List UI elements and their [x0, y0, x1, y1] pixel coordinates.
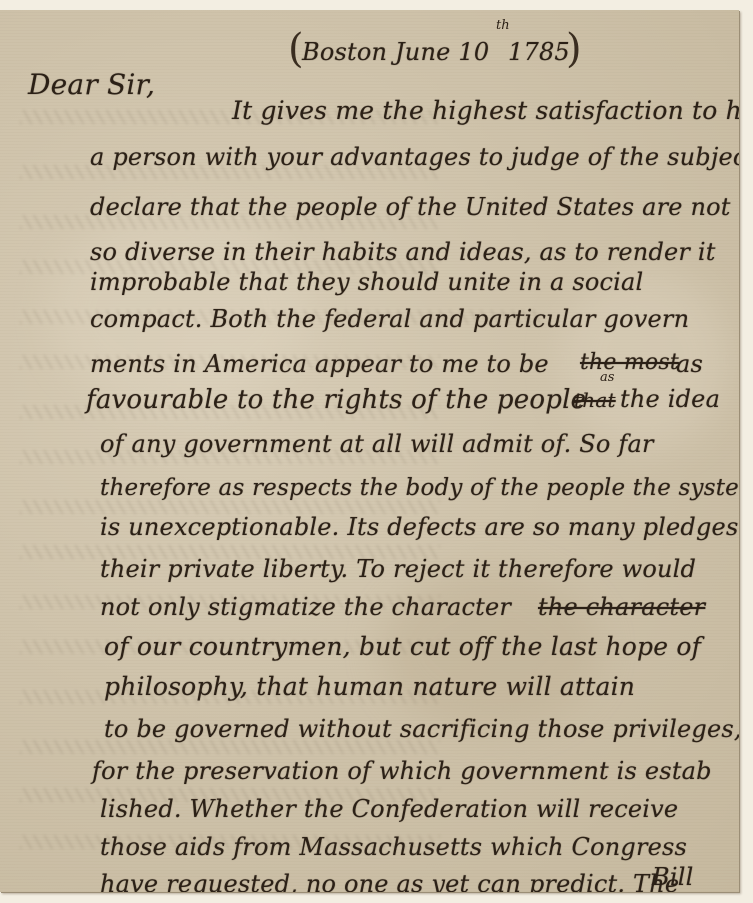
bleed-through-line — [20, 500, 440, 514]
letter-line-12: their private liberty. To reject it ther… — [100, 555, 696, 583]
struck-text: the character — [538, 593, 705, 621]
letter-line-13: not only stigmatize the character — [100, 593, 511, 621]
dateline: Boston June 10 — [302, 38, 489, 66]
salutation: Dear Sir, — [28, 68, 155, 101]
letter-line-8: favourable to the rights of the people — [86, 385, 586, 415]
letter-line-2: a person with your advantages to judge o… — [90, 143, 739, 171]
letter-paper: ( Boston June 10 th 1785 ) Dear Sir, It … — [0, 10, 739, 892]
letter-line-17: for the preservation of which government… — [92, 757, 712, 785]
dateline-superscript: th — [496, 18, 510, 33]
letter-line-20: have requested, no one as yet can predic… — [100, 870, 679, 892]
letter-line-15: philosophy, that human nature will attai… — [104, 672, 635, 701]
letter-line-11: is unexceptionable. Its defects are so m… — [100, 513, 739, 541]
dateline-close-paren: ) — [566, 26, 582, 72]
interlinear-insertion: as — [600, 370, 614, 385]
letter-line-3: declare that the people of the United St… — [90, 193, 731, 221]
scanned-page: ( Boston June 10 th 1785 ) Dear Sir, It … — [0, 0, 753, 903]
letter-line-5: improbable that they should unite in a s… — [90, 268, 643, 296]
letter-line-18: lished. Whether the Confederation will r… — [100, 795, 678, 823]
letter-line-10: therefore as respects the body of the pe… — [100, 475, 739, 501]
struck-text: that — [574, 388, 616, 412]
letter-line-16: to be governed without sacrificing those… — [104, 715, 739, 743]
letter-line-1: It gives me the highest satisfaction to … — [232, 96, 739, 125]
catchword: Bill — [652, 863, 693, 891]
letter-line-4: so diverse in their habits and ideas, as… — [90, 238, 716, 266]
letter-line-6: compact. Both the federal and particular… — [90, 305, 689, 333]
letter-line-9: of any government at all will admit of. … — [100, 430, 654, 458]
dateline-year: 1785 — [508, 38, 570, 66]
letter-line-7-end: as — [676, 350, 703, 378]
letter-line-14: of our countrymen, but cut off the last … — [104, 632, 701, 661]
struck-text: the most — [580, 350, 679, 375]
letter-line-7: ments in America appear to me to be — [90, 350, 549, 378]
letter-line-19: those aids from Massachusetts which Cong… — [100, 833, 687, 861]
letter-line-8-end: the idea — [620, 385, 720, 413]
